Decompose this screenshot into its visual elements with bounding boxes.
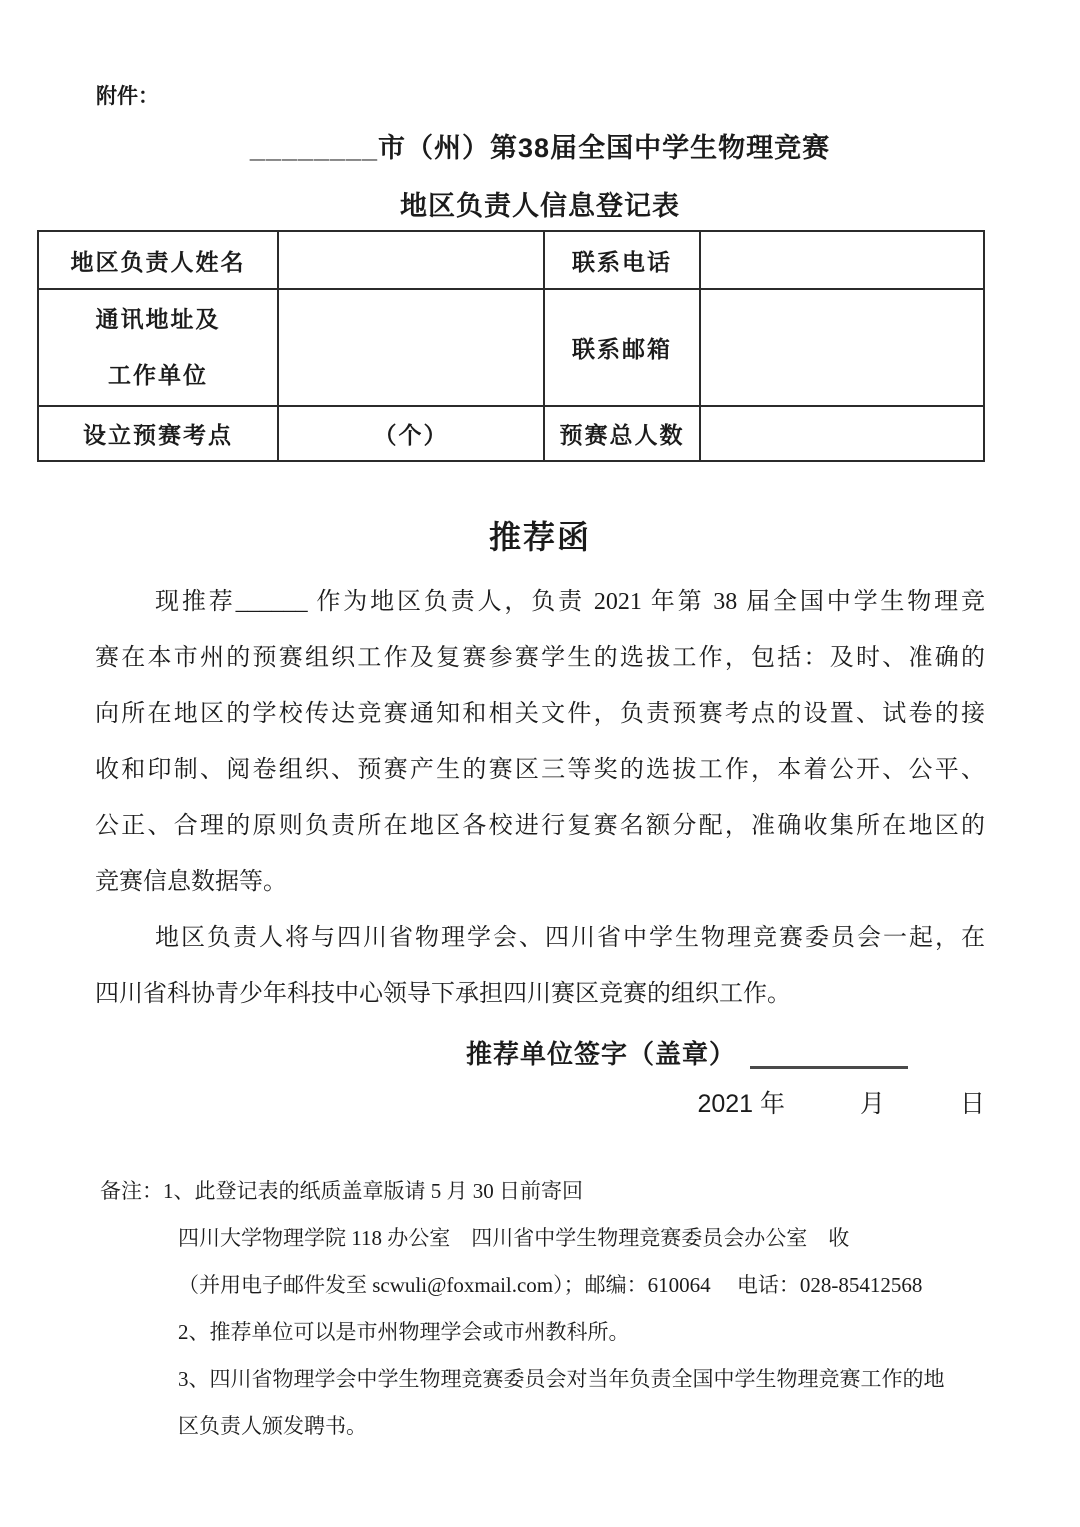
paragraph1-line-3: 向所在地区的学校传达竞赛通知和相关文件，负责预赛考点的设置、试卷的接 [95,686,985,742]
paragraph1-line-6: 竞赛信息数据等。 [95,854,985,910]
letter-paragraph-1: 现推荐______ 作为地区负责人，负责 2021 年第 38 届全国中学生物理… [95,574,985,910]
label-mailing-address-work-unit: 通讯地址及 工作单位 [38,289,278,406]
label-mailing-address: 通讯地址及 [39,292,277,348]
table-row-address-email: 通讯地址及 工作单位 联系邮箱 [38,289,984,406]
label-work-unit: 工作单位 [39,348,277,404]
label-preliminary-total-participants: 预赛总人数 [544,406,700,461]
date-line: 2021 年 月 日 [0,1078,985,1130]
notes-section: 备注：1、此登记表的纸质盖章版请 5 月 30 日前寄回四川大学物理学院 118… [100,1168,1040,1450]
value-contact-phone [700,231,984,289]
value-mailing-address [278,289,544,406]
label-region-head-name: 地区负责人姓名 [38,231,278,289]
paragraph1-line-5: 公正、合理的原则负责所在地区各校进行复赛名额分配，准确收集所在地区的 [95,798,985,854]
attachment-label: 附件： [96,0,1080,110]
label-contact-email: 联系邮箱 [544,289,700,406]
paragraph1-line-4: 收和印制、阅卷组织、预赛产生的赛区三等奖的选拔工作，本着公开、公平、 [95,742,985,798]
signature-label: 推荐单位签字（盖章） [466,1034,736,1071]
registration-info-table: 地区负责人姓名 联系电话 通讯地址及 工作单位 联系邮箱 设立预赛考点 （个） … [37,230,985,462]
paragraph2-line-1: 地区负责人将与四川省物理学会、四川省中学生物理竞赛委员会一起，在 [95,910,985,966]
signature-blank-line [750,1035,908,1069]
signature-row: 推荐单位签字（盖章） [466,1026,1080,1078]
note-line-5: 3、四川省物理学会中学生物理竞赛委员会对当年负责全国中学生物理竞赛工作的地 [100,1356,1040,1403]
letter-paragraph-2: 地区负责人将与四川省物理学会、四川省中学生物理竞赛委员会一起，在四川省科协青少年… [95,910,985,1022]
value-preliminary-total-participants [700,406,984,461]
paragraph2-line-2: 四川省科协青少年科技中心领导下承担四川赛区竞赛的组织工作。 [95,966,985,1022]
paragraph1-line-2: 赛在本市州的预赛组织工作及复赛参赛学生的选拔工作，包括：及时、准确的 [95,630,985,686]
document-page: 附件： ________市（州）第38届全国中学生物理竞赛 地区负责人信息登记表… [0,0,1080,1527]
note-line-4: 2、推荐单位可以是市州物理学会或市州教科所。 [100,1309,1040,1356]
value-preliminary-exam-sites-count: （个） [278,406,544,461]
note-line-6: 区负责人颁发聘书。 [100,1403,1040,1450]
note-line-1: 备注：1、此登记表的纸质盖章版请 5 月 30 日前寄回 [100,1168,1040,1215]
recommendation-letter-heading: 推荐函 [0,512,1080,562]
label-preliminary-exam-sites: 设立预赛考点 [38,406,278,461]
value-contact-email [700,289,984,406]
note-line-3: （并用电子邮件发至 scwuli@foxmail.com）；邮编：610064 … [100,1262,1040,1309]
paragraph1-line-1: 现推荐______ 作为地区负责人，负责 2021 年第 38 届全国中学生物理… [95,574,985,630]
label-contact-phone: 联系电话 [544,231,700,289]
document-title-line2: 地区负责人信息登记表 [0,186,1080,226]
table-row-name-phone: 地区负责人姓名 联系电话 [38,231,984,289]
value-region-head-name [278,231,544,289]
note-line-2: 四川大学物理学院 118 办公室 四川省中学生物理竞赛委员会办公室 收 [100,1215,1040,1262]
document-title-line1: ________市（州）第38届全国中学生物理竞赛 [0,128,1080,168]
table-row-sites-headcount: 设立预赛考点 （个） 预赛总人数 [38,406,984,461]
